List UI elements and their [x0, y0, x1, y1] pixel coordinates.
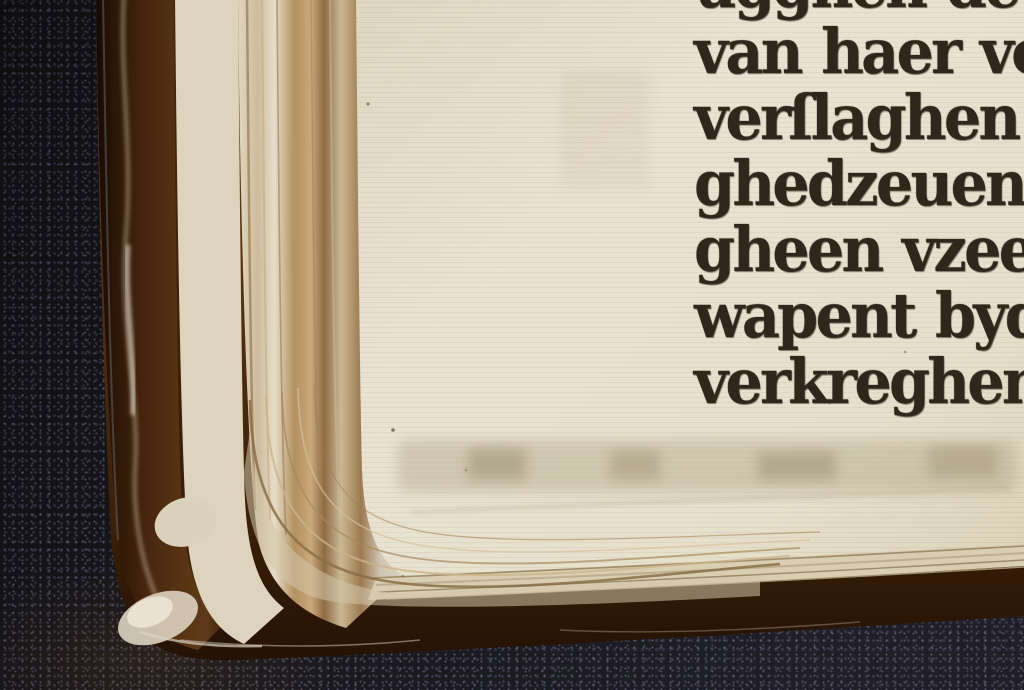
printed-line: ghedzeuen. — [694, 151, 1022, 217]
printed-line: wapent byd — [694, 283, 1022, 349]
printed-line: verkreghen — [694, 349, 1022, 415]
printed-text-column: ugghen de ſe van haer vo verſlaghen i gh… — [694, 0, 1022, 415]
printed-line: verſlaghen i — [694, 85, 1022, 151]
printed-line: gheen vzees — [694, 217, 1022, 283]
printed-line: van haer vo — [694, 19, 1022, 85]
book-photo: ugghen de ſe van haer vo verſlaghen i gh… — [0, 0, 1024, 690]
